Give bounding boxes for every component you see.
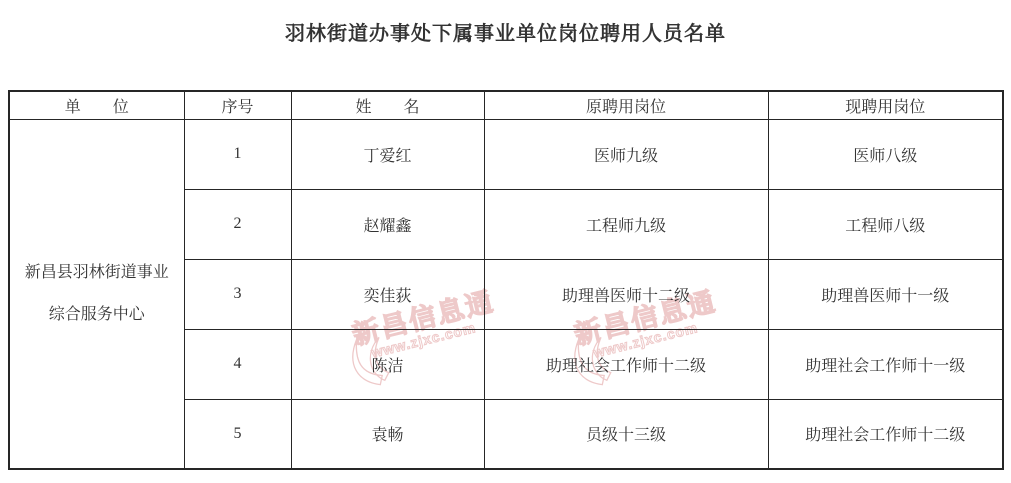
header-old-post: 原聘用岗位 bbox=[484, 91, 768, 119]
serial-cell: 5 bbox=[184, 399, 291, 469]
new-post-cell: 医师八级 bbox=[768, 119, 1003, 189]
old-post-cell: 助理兽医师十二级 bbox=[484, 259, 768, 329]
table-row: 新昌县羽林街道事业 综合服务中心 1 丁爱红 医师九级 医师八级 bbox=[9, 119, 1003, 189]
name-cell: 奕佳荻 bbox=[291, 259, 484, 329]
header-unit: 单 位 bbox=[9, 91, 184, 119]
unit-name-line1: 新昌县羽林街道事业 bbox=[10, 265, 184, 281]
header-new-post: 现聘用岗位 bbox=[768, 91, 1003, 119]
name-cell: 陈洁 bbox=[291, 329, 484, 399]
new-post-cell: 工程师八级 bbox=[768, 189, 1003, 259]
table-header-row: 单 位 序号 姓 名 原聘用岗位 现聘用岗位 bbox=[9, 91, 1003, 119]
serial-cell: 4 bbox=[184, 329, 291, 399]
old-post-cell: 工程师九级 bbox=[484, 189, 768, 259]
header-name: 姓 名 bbox=[291, 91, 484, 119]
new-post-cell: 助理社会工作师十一级 bbox=[768, 329, 1003, 399]
unit-cell: 新昌县羽林街道事业 综合服务中心 bbox=[9, 119, 184, 469]
unit-name-line2: 综合服务中心 bbox=[10, 307, 184, 323]
serial-cell: 1 bbox=[184, 119, 291, 189]
new-post-cell: 助理兽医师十一级 bbox=[768, 259, 1003, 329]
serial-cell: 2 bbox=[184, 189, 291, 259]
new-post-cell: 助理社会工作师十二级 bbox=[768, 399, 1003, 469]
page-title: 羽林街道办事处下属事业单位岗位聘用人员名单 bbox=[0, 17, 1011, 46]
old-post-cell: 医师九级 bbox=[484, 119, 768, 189]
old-post-cell: 员级十三级 bbox=[484, 399, 768, 469]
document-page: { "page": { "title": "羽林街道办事处下属事业单位岗位聘用人… bbox=[0, 0, 1011, 483]
old-post-cell: 助理社会工作师十二级 bbox=[484, 329, 768, 399]
header-serial: 序号 bbox=[184, 91, 291, 119]
serial-cell: 3 bbox=[184, 259, 291, 329]
name-cell: 丁爱红 bbox=[291, 119, 484, 189]
name-cell: 赵耀鑫 bbox=[291, 189, 484, 259]
personnel-table: 单 位 序号 姓 名 原聘用岗位 现聘用岗位 新昌县羽林街道事业 综合服务中心 … bbox=[8, 90, 1004, 470]
name-cell: 袁畅 bbox=[291, 399, 484, 469]
